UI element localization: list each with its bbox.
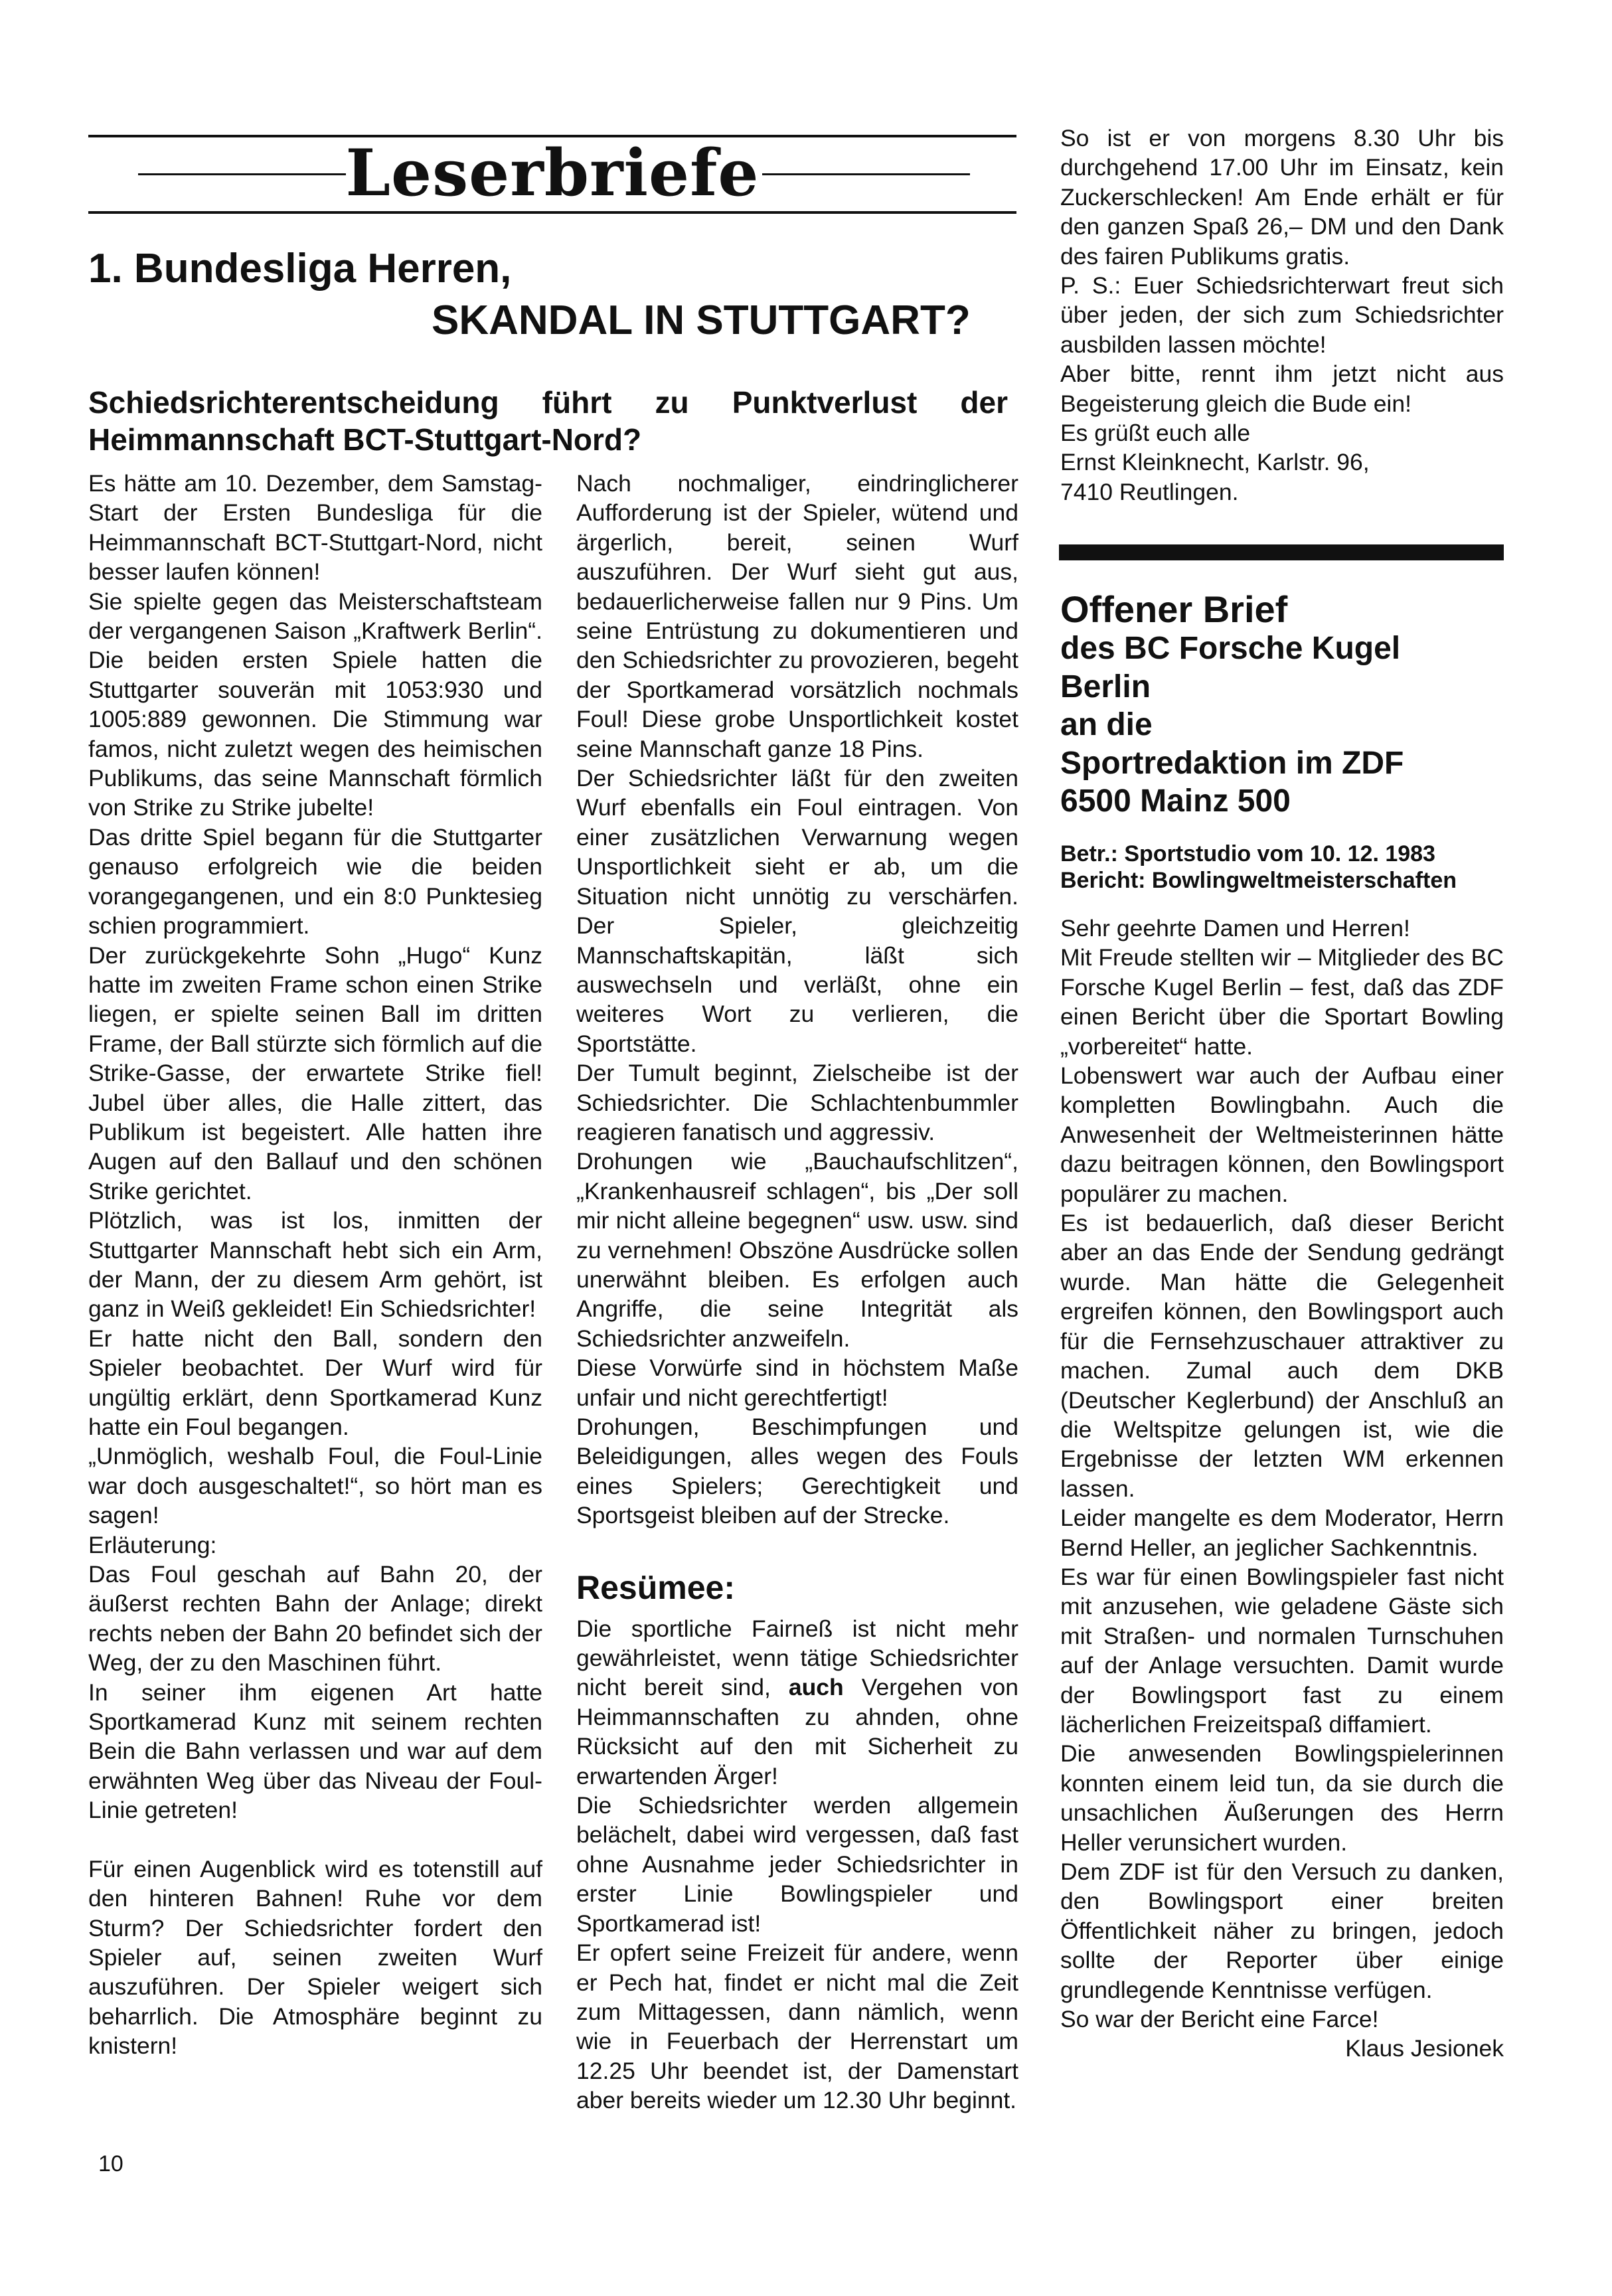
- paragraph: Erläuterung:: [88, 1530, 542, 1560]
- paragraph: Leider mangelte es dem Moderator, Herrn …: [1060, 1503, 1504, 1562]
- paragraph: Der zurückgekehrte Sohn „Hugo“ Kunz hatt…: [88, 941, 542, 1206]
- paragraph: Für einen Augenblick wird es totenstill …: [88, 1854, 542, 2061]
- paragraph: So ist er von morgens 8.30 Uhr bis durch…: [1060, 123, 1504, 271]
- paragraph: Der Tumult beginnt, Zielscheibe ist der …: [576, 1058, 1018, 1147]
- article-column-1: Es hätte am 10. Dezember, dem Samstag-St…: [88, 469, 542, 2061]
- masthead: Leserbriefe: [88, 135, 1016, 214]
- paragraph: Die Schiedsrichter werden allgemein belä…: [576, 1791, 1018, 1938]
- paragraph: Er hatte nicht den Ball, sondern den Spi…: [88, 1324, 542, 1442]
- paragraph: Die sportliche Fairneß ist nicht mehr ge…: [576, 1614, 1018, 1791]
- open-letter-title-line: 6500 Mainz 500: [1060, 782, 1512, 821]
- open-letter-header: Offener Brief des BC Forsche Kugel Berli…: [1060, 590, 1512, 894]
- article-subheadline: Schiedsrichterentscheidung führt zu Punk…: [88, 384, 1008, 458]
- masthead-bottom-rule: [88, 211, 1016, 214]
- open-letter-title: Offener Brief: [1060, 590, 1512, 629]
- paragraph: Dem ZDF ist für den Versuch zu danken, d…: [1060, 1857, 1504, 2005]
- paragraph: Es hätte am 10. Dezember, dem Samstag-St…: [88, 469, 542, 587]
- author-address: 7410 Reutlingen.: [1060, 477, 1504, 507]
- open-letter-title-line: Berlin: [1060, 668, 1512, 706]
- paragraph: Er opfert seine Freizeit für andere, wen…: [576, 1938, 1018, 2115]
- paragraph: Es grüßt euch alle: [1060, 418, 1504, 448]
- paragraph: Mit Freude stellten wir – Mitglieder des…: [1060, 943, 1504, 1061]
- open-letter-title-line: Sportredaktion im ZDF: [1060, 744, 1512, 783]
- open-letter-title-line: an die: [1060, 706, 1512, 744]
- paragraph: Drohungen, Beschimpfungen und Beleidigun…: [576, 1412, 1018, 1530]
- resumee-heading: Resümee:: [576, 1568, 1018, 1607]
- paragraph: Sie spielte gegen das Meisterschaftsteam…: [88, 587, 542, 823]
- article-headline-line2: SKANDAL IN STUTTGART?: [432, 297, 971, 344]
- paragraph: So war der Bericht eine Farce!: [1060, 2005, 1504, 2034]
- paragraph: Die anwesenden Bowlingspielerinnen konnt…: [1060, 1739, 1504, 1857]
- author-line: Ernst Kleinknecht, Karlstr. 96,: [1060, 448, 1504, 477]
- open-letter-title-line: des BC Forsche Kugel: [1060, 629, 1512, 668]
- subject-line: Betr.: Sportstudio vom 10. 12. 1983: [1060, 841, 1512, 867]
- paragraph: Plötzlich, was ist los, inmitten der Stu…: [88, 1206, 542, 1324]
- paragraph: Diese Vorwürfe sind in höchstem Maße unf…: [576, 1353, 1018, 1412]
- paragraph: Drohungen wie „Bauchaufschlitzen“, „Kran…: [576, 1147, 1018, 1353]
- paragraph: Sehr geehrte Damen und Herren!: [1060, 914, 1504, 943]
- signature: Klaus Jesionek: [1060, 2034, 1504, 2063]
- article-column-3: So ist er von morgens 8.30 Uhr bis durch…: [1060, 123, 1504, 507]
- emphasis-text: auch: [789, 1674, 844, 1700]
- page-number: 10: [98, 2151, 123, 2177]
- paragraph: P. S.: Euer Schiedsrichterwart freut sic…: [1060, 271, 1504, 359]
- paragraph: Das dritte Spiel begann für die Stuttgar…: [88, 823, 542, 941]
- paragraph: „Unmöglich, weshalb Foul, die Foul-Linie…: [88, 1441, 542, 1530]
- article-column-2: Nach nochmaliger, eindringlicherer Auffo…: [576, 469, 1018, 2115]
- subject-line: Bericht: Bowlingweltmeisterschaften: [1060, 867, 1512, 894]
- paragraph: Lobenswert war auch der Aufbau einer kom…: [1060, 1061, 1504, 1208]
- paragraph: Nach nochmaliger, eindringlicherer Auffo…: [576, 469, 1018, 764]
- paragraph: Es war für einen Bowlingspieler fast nic…: [1060, 1562, 1504, 1739]
- masthead-right-ornament-line: [762, 173, 970, 175]
- article-headline-line1: 1. Bundesliga Herren,: [88, 246, 511, 292]
- section-divider-bar: [1059, 544, 1504, 560]
- paragraph: Es ist bedauerlich, daß dieser Bericht a…: [1060, 1208, 1504, 1503]
- paragraph: In seiner ihm eigenen Art hatte Sportkam…: [88, 1678, 542, 1825]
- open-letter-body: Sehr geehrte Damen und Herren! Mit Freud…: [1060, 914, 1504, 2064]
- paragraph: Der Schiedsrichter läßt für den zweiten …: [576, 764, 1018, 1058]
- paragraph: Das Foul geschah auf Bahn 20, der äußers…: [88, 1560, 542, 1678]
- paragraph: Aber bitte, rennt ihm jetzt nicht aus Be…: [1060, 359, 1504, 418]
